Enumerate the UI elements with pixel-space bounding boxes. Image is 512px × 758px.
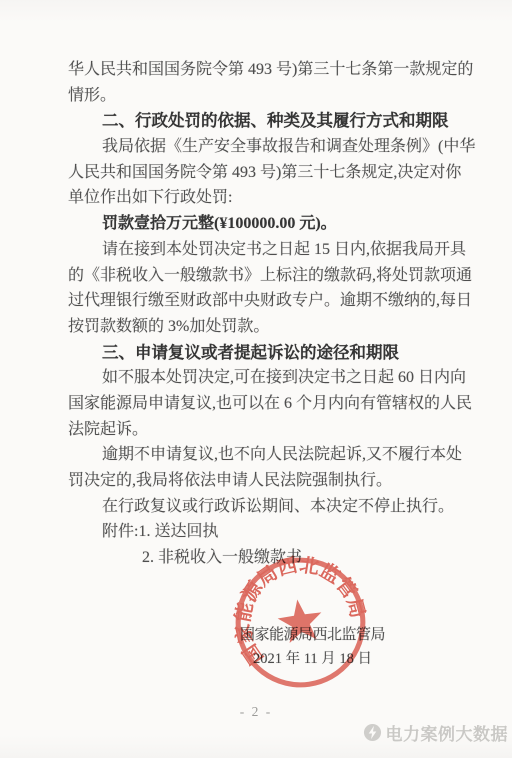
power-data-logo-icon — [363, 723, 382, 742]
signature-block: 国家能源局西北监管局 2021 年 11 月 18 日 — [225, 623, 400, 671]
document-line: 逾期不申请复议,也不向人民法院起诉,又不履行本处 — [102, 442, 468, 468]
document-line: 人民共和国国务院令第 493 号)第三十七条规定,决定对你 — [68, 160, 468, 186]
document-line: 情形。 — [68, 83, 468, 109]
document-line: 法院起诉。 — [68, 417, 468, 443]
document-line: 单位作出如下行政处罚: — [68, 185, 468, 211]
document-line: 三、申请复议或者提起诉讼的途径和期限 — [102, 340, 468, 366]
decision-date: 2021 年 11 月 18 日 — [225, 647, 400, 671]
document-line: 请在接到本处罚决定书之日起 15 日内,依据我局开具 — [102, 237, 468, 263]
document-body: 华人民共和国国务院令第 493 号)第三十七条第一款规定的情形。二、行政处罚的依… — [68, 57, 468, 571]
document-line: 我局依据《生产安全事故报告和调查处理条例》(中华 — [102, 134, 468, 160]
document-line: 在行政复议或行政诉讼期间、本决定不停止执行。 — [102, 494, 468, 520]
document-line: 2. 非税收入一般缴款书 — [142, 545, 468, 571]
document-line: 二、行政处罚的依据、种类及其履行方式和期限 — [102, 108, 468, 134]
document-line: 罚款壹拾万元整(¥100000.00 元)。 — [102, 211, 468, 237]
watermark: 电力案例大数据 — [363, 721, 509, 743]
document-line: 华人民共和国国务院令第 493 号)第三十七条第一款规定的 — [68, 57, 468, 83]
document-line: 罚决定的,我局将依法申请人民法院强制执行。 — [68, 468, 468, 494]
document-line: 按罚款数额的 3%加处罚款。 — [68, 314, 468, 340]
watermark-label: 电力案例大数据 — [386, 720, 509, 745]
page-number: - 2 - — [0, 704, 512, 720]
issuing-agency: 国家能源局西北监管局 — [225, 623, 400, 647]
scanned-document-page: 华人民共和国国务院令第 493 号)第三十七条第一款规定的情形。二、行政处罚的依… — [0, 0, 512, 758]
document-line: 附件:1. 送达回执 — [102, 519, 468, 545]
document-line: 过代理银行缴至财政部中央财政专户。逾期不缴纳的,每日 — [68, 288, 468, 314]
document-line: 的《非税收入一般缴款书》上标注的缴款码,将处罚款项通 — [68, 263, 468, 289]
document-line: 如不服本处罚决定,可在接到决定书之日起 60 日内向 — [102, 365, 468, 391]
document-line: 国家能源局申请复议,也可以在 6 个月内向有管辖权的人民 — [68, 391, 468, 417]
